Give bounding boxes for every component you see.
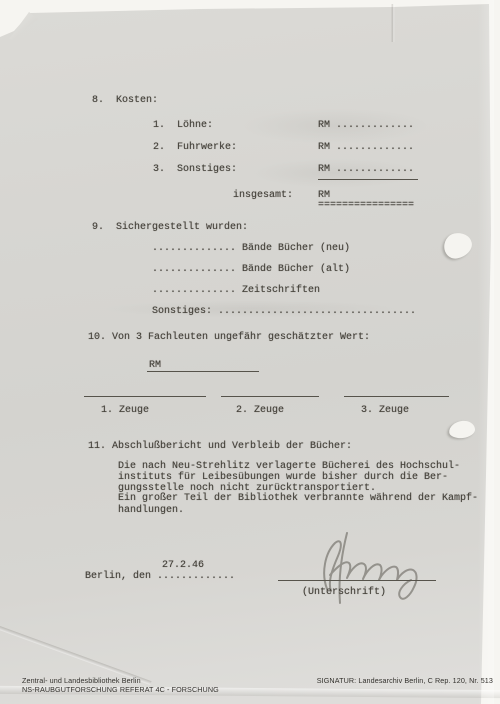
secured-line: .............. Bände Bücher (neu) bbox=[152, 243, 350, 254]
report-line: Ein großer Teil der Bibliothek verbrannt… bbox=[118, 493, 478, 504]
footer-institution-line2: NS-RAUBGUTFORSCHUNG REFERAT 4C - FORSCHU… bbox=[22, 685, 219, 694]
cost-item-label: 2. Fuhrwerke: bbox=[153, 142, 237, 153]
secured-line: .............. Zeitschriften bbox=[152, 285, 320, 296]
footer-institution-line1: Zentral- und Landesbibliothek Berlin bbox=[22, 676, 141, 685]
witness-label: 3. Zeuge bbox=[361, 405, 409, 416]
witness-line bbox=[221, 396, 319, 397]
report-line: instituts für Leibesübungen wurde bisher… bbox=[118, 472, 448, 483]
cost-item-label: 1. Löhne: bbox=[153, 120, 213, 131]
signature-line bbox=[278, 580, 436, 581]
signature-caption: (Unterschrift) bbox=[302, 587, 386, 598]
section9-heading: 9. Sichergestellt wurden: bbox=[92, 222, 248, 233]
city-date-line: Berlin, den ............. bbox=[85, 571, 235, 582]
secured-line: Sonstiges: .............................… bbox=[152, 306, 416, 317]
report-line: Die nach Neu-Strehlitz verlagerte Bücher… bbox=[118, 461, 460, 472]
scanned-document-page: 8. Kosten: 1. Löhne: RM ............. 2.… bbox=[0, 0, 500, 704]
paper-edge-shade bbox=[478, 0, 494, 704]
total-label: insgesamt: bbox=[233, 190, 293, 201]
cost-item-value: RM ............. bbox=[318, 120, 414, 131]
section8-heading: 8. Kosten: bbox=[92, 95, 158, 106]
footer-signatur: SIGNATUR: Landesarchiv Berlin, C Rep. 12… bbox=[317, 676, 493, 685]
handwritten-date: 27.2.46 bbox=[162, 560, 204, 571]
cost-item-label: 3. Sonstiges: bbox=[153, 164, 237, 175]
witness-label: 1. Zeuge bbox=[101, 405, 149, 416]
cost-item-value: RM ............. bbox=[318, 164, 414, 175]
currency-label: RM bbox=[149, 360, 161, 371]
cost-item-value: RM ............. bbox=[318, 142, 414, 153]
sum-rule bbox=[318, 179, 418, 180]
paper-crease-top bbox=[391, 4, 395, 42]
section11-heading: 11. Abschlußbericht und Verbleib der Büc… bbox=[88, 441, 352, 452]
total-double-rule: ================ bbox=[318, 200, 414, 211]
secured-line: .............. Bände Bücher (alt) bbox=[152, 264, 350, 275]
value-line bbox=[147, 371, 259, 372]
report-line: handlungen. bbox=[118, 505, 184, 516]
witness-label: 2. Zeuge bbox=[236, 405, 284, 416]
witness-line bbox=[344, 396, 449, 397]
section10-heading: 10. Von 3 Fachleuten ungefähr geschätzte… bbox=[88, 332, 370, 343]
witness-line bbox=[84, 396, 206, 397]
